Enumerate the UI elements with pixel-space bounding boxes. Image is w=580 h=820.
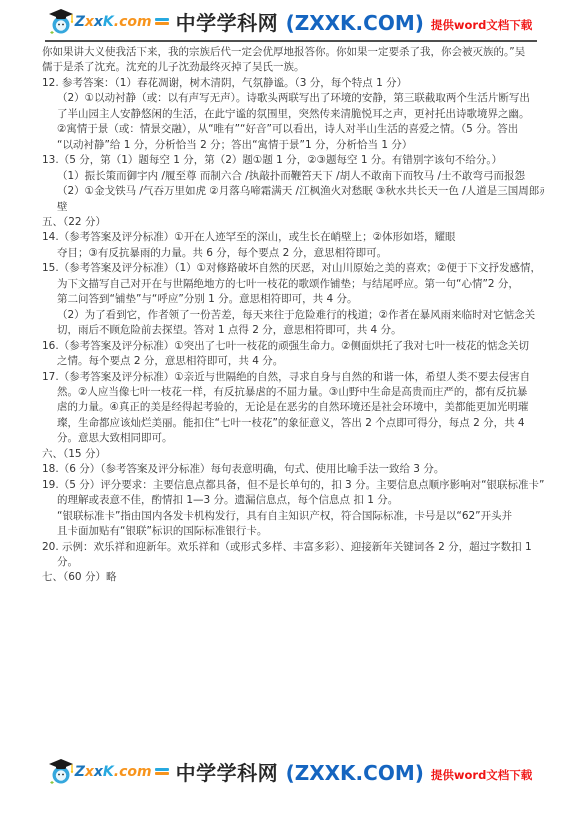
doc-line: 分。 xyxy=(42,555,544,570)
doc-line: （2）为了看到它，作者领了一份苦差，每天来往于危险难行的栈道；②作者在暴风雨来临… xyxy=(42,308,544,323)
doc-line-item-17: 17.（参考答案及评分标准）①亲近与世隔绝的自然，寻求自身与自然的和谐一体，希望… xyxy=(42,370,544,385)
doc-line: 你如果讲大义使我活下来，我的宗族后代一定会优厚地报答你。你如果一定要杀了我，你会… xyxy=(42,45,544,60)
doc-line-item-18: 18.（6 分）（参考答案及评分标准）每句表意明确，句式、使用比喻手法一致给 3… xyxy=(42,462,544,477)
doc-line: （2）①金戈铁马 /气吞万里如虎 ②月落乌啼霜满天 /江枫渔火对愁眠 ③秋水共长… xyxy=(42,184,544,199)
doc-line-section-7: 七、（60 分）略 xyxy=(42,570,544,585)
brand-letter: K xyxy=(103,14,114,30)
site-code: (ZXXK.COM) xyxy=(286,11,424,35)
doc-line: ②寓情于景（或：情景交融），从“唯有”“好音”可以看出，诗人对半山生活的喜爱之情… xyxy=(42,122,544,137)
brand-letter: x xyxy=(85,764,94,780)
doc-line: 且卡面加贴有“银联”标识的国际标准银行卡。 xyxy=(42,524,544,539)
answer-key-body: 你如果讲大义使我活下来，我的宗族后代一定会优厚地报答你。你如果一定要杀了我，你会… xyxy=(42,45,544,586)
download-tagline: 提供word文档下载 xyxy=(431,11,532,33)
doc-line: “以动衬静”给 1 分，分析恰当 2 分；答出“寓情于景”1 分，分析恰当 1 … xyxy=(42,138,544,153)
doc-line: （1）振长策而御宇内 /履至尊 而制六合 /执敲扑而鞭笞天下 /胡人不敢南下而牧… xyxy=(42,169,544,184)
doc-line: （2）①以动衬静（或：以有声写无声）。诗歌头两联写出了环境的安静，第三联截取两个… xyxy=(42,91,544,106)
site-logo: ZxxK.com xyxy=(48,758,169,786)
zxxk-mascot-icon xyxy=(48,8,74,36)
brand-letter: x xyxy=(94,764,103,780)
site-logo: ZxxK.com xyxy=(48,8,169,36)
doc-line-item-15: 15.（参考答案及评分标准）（1）①对修路破坏自然的厌恶，对山川原始之美的喜欢；… xyxy=(42,261,544,276)
brand-mini-decoration xyxy=(155,767,169,776)
header: ZxxK.com 中学学科网 (ZXXK.COM) 提供word文档下载 xyxy=(0,7,580,36)
doc-line: 然。②人应当像七叶一枝花一样，有反抗暴虐的不屈力量。③山野中生命是高贵而庄严的，… xyxy=(42,385,544,400)
brand-letter: Z xyxy=(75,764,85,780)
site-name: 中学学科网 xyxy=(176,761,279,785)
doc-line-item-19: 19.（5 分）评分要求：主要信息点都具备，但不是长单句的，扣 3 分。主要信息… xyxy=(42,478,544,493)
doc-line: “银联标准卡”指由国内各发卡机构发行，具有自主知识产权，符合国际标准，卡号是以“… xyxy=(42,509,544,524)
site-code: (ZXXK.COM) xyxy=(286,761,424,785)
download-tagline: 提供word文档下载 xyxy=(431,761,532,783)
doc-line: 虐的力量。④真正的美是经得起考验的，无论是在恶劣的自然环境还是社会环境中，美都能… xyxy=(42,400,544,415)
brand-mini-decoration xyxy=(155,17,169,26)
document-page: ZxxK.com 中学学科网 (ZXXK.COM) 提供word文档下载 你如果… xyxy=(0,0,580,820)
brand-letter: .com xyxy=(114,14,152,30)
doc-line-item-20: 20. 示例：欢乐祥和迎新年。欢乐祥和（或形式多样、丰富多彩）、迎接新年关键词各… xyxy=(42,540,544,555)
brand-letter: Z xyxy=(75,14,85,30)
doc-line: 儒于是杀了沈充。沈充的儿子沈劲最终灭掉了吴氏一族。 xyxy=(42,60,544,75)
doc-line: 夺目；③有反抗暴雨的力量。共 6 分，每个要点 2 分，意思相符即可。 xyxy=(42,246,544,261)
brand-letter: .com xyxy=(114,764,152,780)
doc-line-item-14: 14.（参考答案及评分标准）①开在人迹罕至的深山，或生长在峭壁上；②体形如塔，耀… xyxy=(42,230,544,245)
site-name: 中学学科网 xyxy=(176,11,279,35)
doc-line: 切，雨后不顾危险前去探望。答对 1 点得 2 分，意思相符即可，共 4 分。 xyxy=(42,323,544,338)
site-title: 中学学科网 (ZXXK.COM) xyxy=(176,757,424,786)
doc-line: 第二问答到“铺垫”与“呼应”分别 1 分。意思相符即可，共 4 分。 xyxy=(42,292,544,307)
footer: ZxxK.com 中学学科网 (ZXXK.COM) 提供word文档下载 xyxy=(0,757,580,786)
brand-letter: x xyxy=(94,14,103,30)
site-title: 中学学科网 (ZXXK.COM) xyxy=(176,7,424,36)
doc-line: 了半山园主人安静悠闲的生活，在此宁谧的氛围里，突然传来清脆悦耳之声，更衬托出诗歌… xyxy=(42,107,544,122)
brand-letter: K xyxy=(103,764,114,780)
header-divider xyxy=(45,40,537,42)
doc-line-item-16: 16.（参考答案及评分标准）①突出了七叶一枝花的顽强生命力。②侧面烘托了我对七叶… xyxy=(42,339,544,354)
doc-line: 之情。每个要点 2 分，意思相符即可，共 4 分。 xyxy=(42,354,544,369)
brand-letter: x xyxy=(85,14,94,30)
doc-line-section-5: 五、（22 分） xyxy=(42,215,544,230)
doc-line: 为下文描写自己对开在与世隔绝地方的七叶一枝花的歌颂作铺垫；与结尾呼应。第一句“心… xyxy=(42,277,544,292)
doc-line-item-12: 12. 参考答案：（1）春花凋谢，树木清阴，气氛静谧。（3 分，每个特点 1 分… xyxy=(42,76,544,91)
doc-line-item-13: 13.（5 分，第（1）题每空 1 分，第（2）题①题 1 分，②③题每空 1 … xyxy=(42,153,544,168)
brand-wordmark: ZxxK.com xyxy=(75,764,152,780)
doc-line: 璨，生命都应该灿烂美丽。能扣住“七叶一枝花”的象征意义，答出 2 个点即可得分，… xyxy=(42,416,544,431)
doc-line: 壁 xyxy=(42,200,544,215)
brand-wordmark: ZxxK.com xyxy=(75,14,152,30)
doc-line: 的理解或表意不佳，酌情扣 1—3 分。遗漏信息点，每个信息点 扣 1 分。 xyxy=(42,493,544,508)
doc-line-section-6: 六、（15 分） xyxy=(42,447,544,462)
zxxk-mascot-icon xyxy=(48,758,74,786)
doc-line: 分。意思大致相同即可。 xyxy=(42,431,544,446)
